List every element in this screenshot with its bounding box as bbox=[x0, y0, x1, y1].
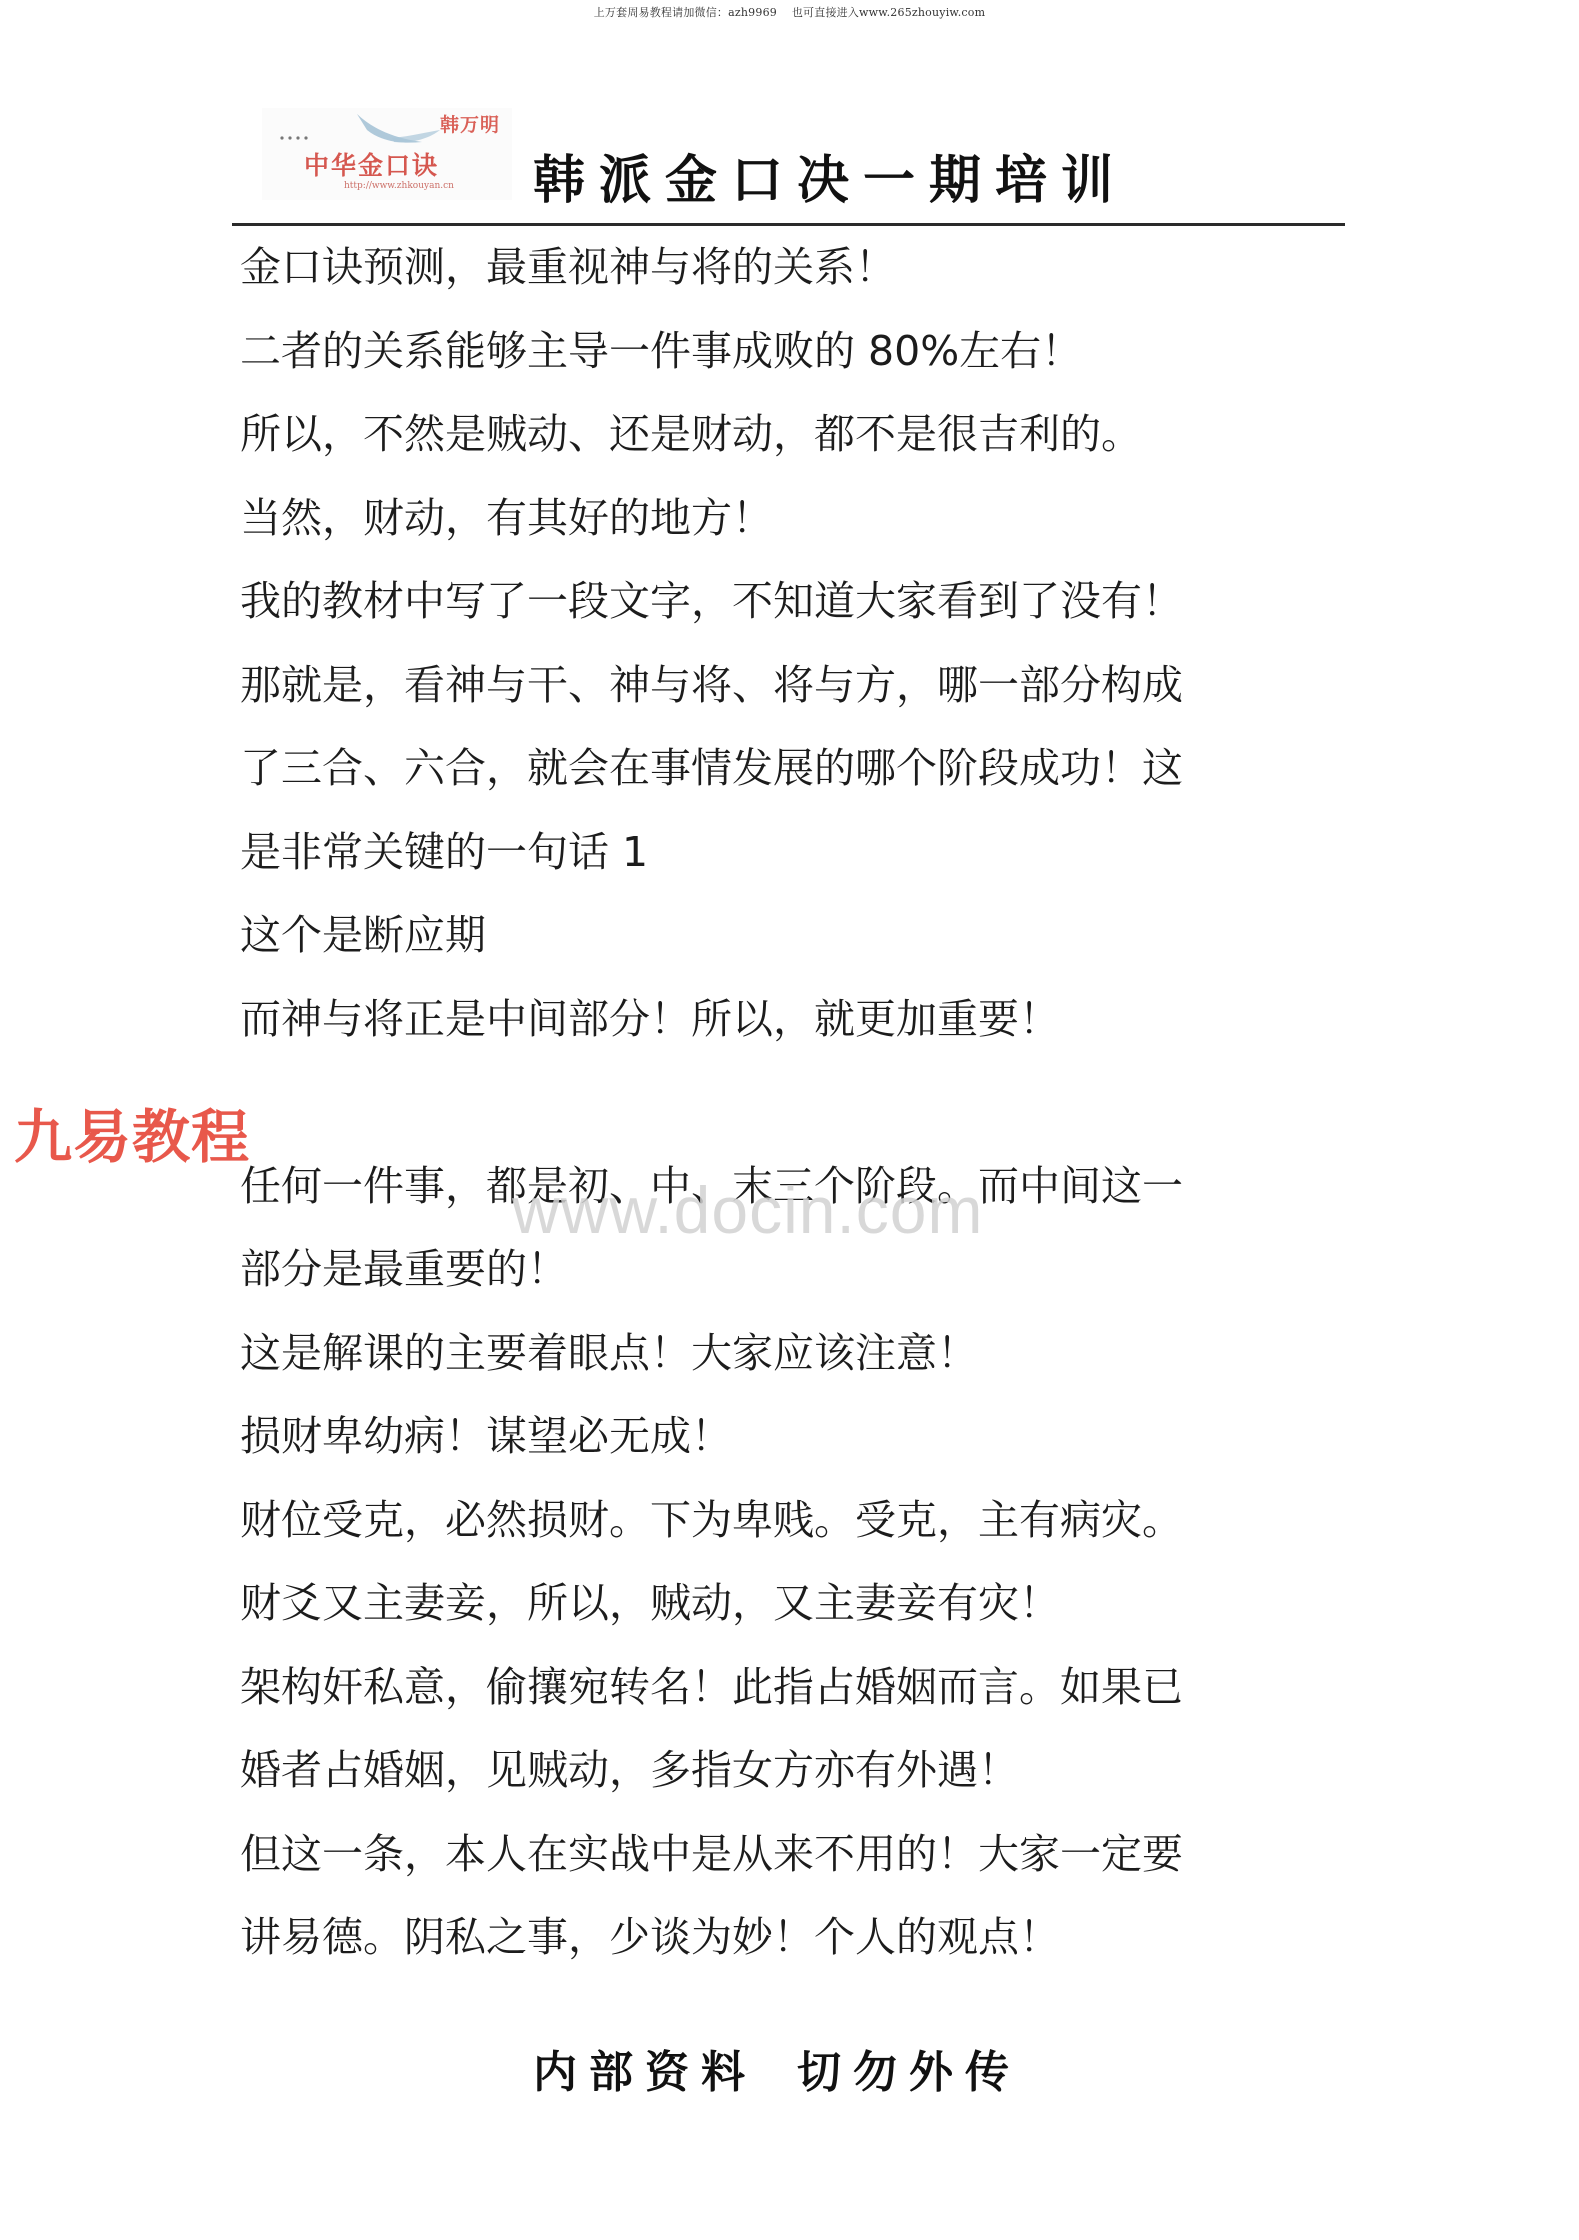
top-banner: 上万套周易教程请加微信：azh9969 也可直接进入www.265zhouyiw… bbox=[0, 4, 1579, 20]
body-line: 金口诀预测，最重视神与将的关系！ bbox=[240, 236, 1360, 320]
body-line: 我的教材中写了一段文字，不知道大家看到了没有！ bbox=[240, 570, 1360, 654]
logo-author: 韩万明 bbox=[440, 110, 500, 137]
logo-url: http://www.zhkouyan.cn bbox=[344, 181, 454, 191]
body-line: 这是解课的主要着眼点！大家应该注意！ bbox=[240, 1322, 1360, 1406]
body-line: 任何一件事，都是初、中、末三个阶段。而中间这一 bbox=[240, 1155, 1360, 1239]
body-line: 所以，不然是贼动、还是财动，都不是很吉利的。 bbox=[240, 403, 1360, 487]
body-line: 当然，财动，有其好的地方！ bbox=[240, 487, 1360, 571]
blank-line bbox=[240, 1071, 1360, 1155]
body-line: 部分是最重要的！ bbox=[240, 1238, 1360, 1322]
body-line: 损财卑幼病！谋望必无成！ bbox=[240, 1405, 1360, 1489]
body-line: 是非常关键的一句话 1 bbox=[240, 821, 1360, 905]
body-line: 财位受克，必然损财。下为卑贱。受克，主有病灾。 bbox=[240, 1489, 1360, 1573]
document-title: 韩派金口决一期培训 bbox=[533, 138, 1127, 213]
body-line: 婚者占婚姻，见贼动，多指女方亦有外遇！ bbox=[240, 1739, 1360, 1823]
document-body: 金口诀预测，最重视神与将的关系！ 二者的关系能够主导一件事成败的 80%左右！ … bbox=[240, 236, 1360, 1990]
logo: 韩万明 中华金口诀 http://www.zhkouyan.cn bbox=[262, 108, 512, 200]
brand-watermark: 九易教程 bbox=[14, 1090, 250, 1174]
body-line: 讲易德。阴私之事，少谈为妙！个人的观点！ bbox=[240, 1906, 1360, 1990]
footer-note: 内部资料切勿外传 bbox=[533, 2036, 1021, 2100]
body-line: 财爻又主妻妾，所以，贼动，又主妻妾有灾！ bbox=[240, 1572, 1360, 1656]
footer-right: 切勿外传 bbox=[797, 2047, 1021, 2098]
footer-left: 内部资料 bbox=[533, 2047, 757, 2098]
header-divider bbox=[232, 223, 1345, 226]
body-line: 了三合、六合，就会在事情发展的哪个阶段成功！这 bbox=[240, 737, 1360, 821]
body-line: 那就是，看神与干、神与将、将与方，哪一部分构成 bbox=[240, 654, 1360, 738]
logo-name: 中华金口诀 bbox=[304, 146, 439, 182]
body-line: 而神与将正是中间部分！所以，就更加重要！ bbox=[240, 988, 1360, 1072]
body-line: 但这一条，本人在实战中是从来不用的！大家一定要 bbox=[240, 1823, 1360, 1907]
body-line: 这个是断应期 bbox=[240, 904, 1360, 988]
body-line: 架构奸私意，偷攘宛转名！此指占婚姻而言。如果已 bbox=[240, 1656, 1360, 1740]
body-line: 二者的关系能够主导一件事成败的 80%左右！ bbox=[240, 320, 1360, 404]
